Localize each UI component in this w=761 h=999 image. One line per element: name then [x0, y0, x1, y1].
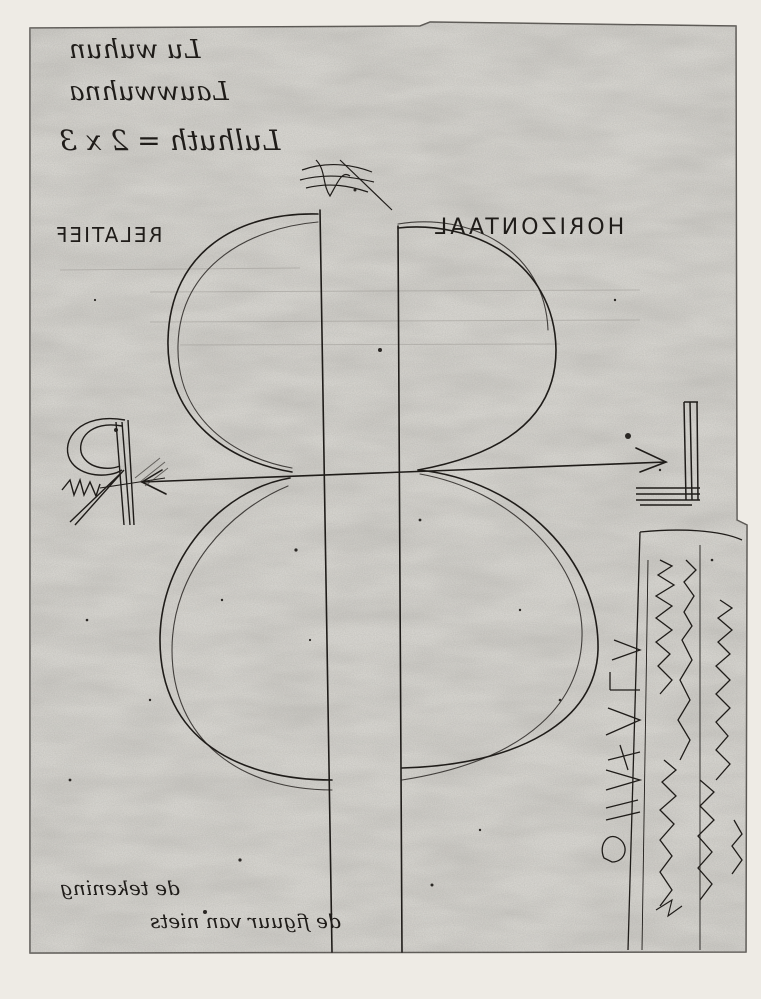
script-line-1: Lu wuhun: [69, 35, 202, 65]
bottom-script-line-2: de figuur van niets: [150, 909, 341, 933]
script-line-2: Lauwwuhna: [69, 77, 230, 107]
bottom-script-line-1: de tekening: [60, 876, 180, 900]
etching-plate: Lu wuhun Lauwwuhna Lulhuth = 2 x 3 RELAT…: [0, 0, 761, 999]
script-line-3: Lulhuth = 2 x 3: [59, 124, 281, 157]
label-horizontaal: HORIZONTAAL: [432, 215, 624, 240]
label-relatief: RELATIEF: [54, 223, 163, 247]
